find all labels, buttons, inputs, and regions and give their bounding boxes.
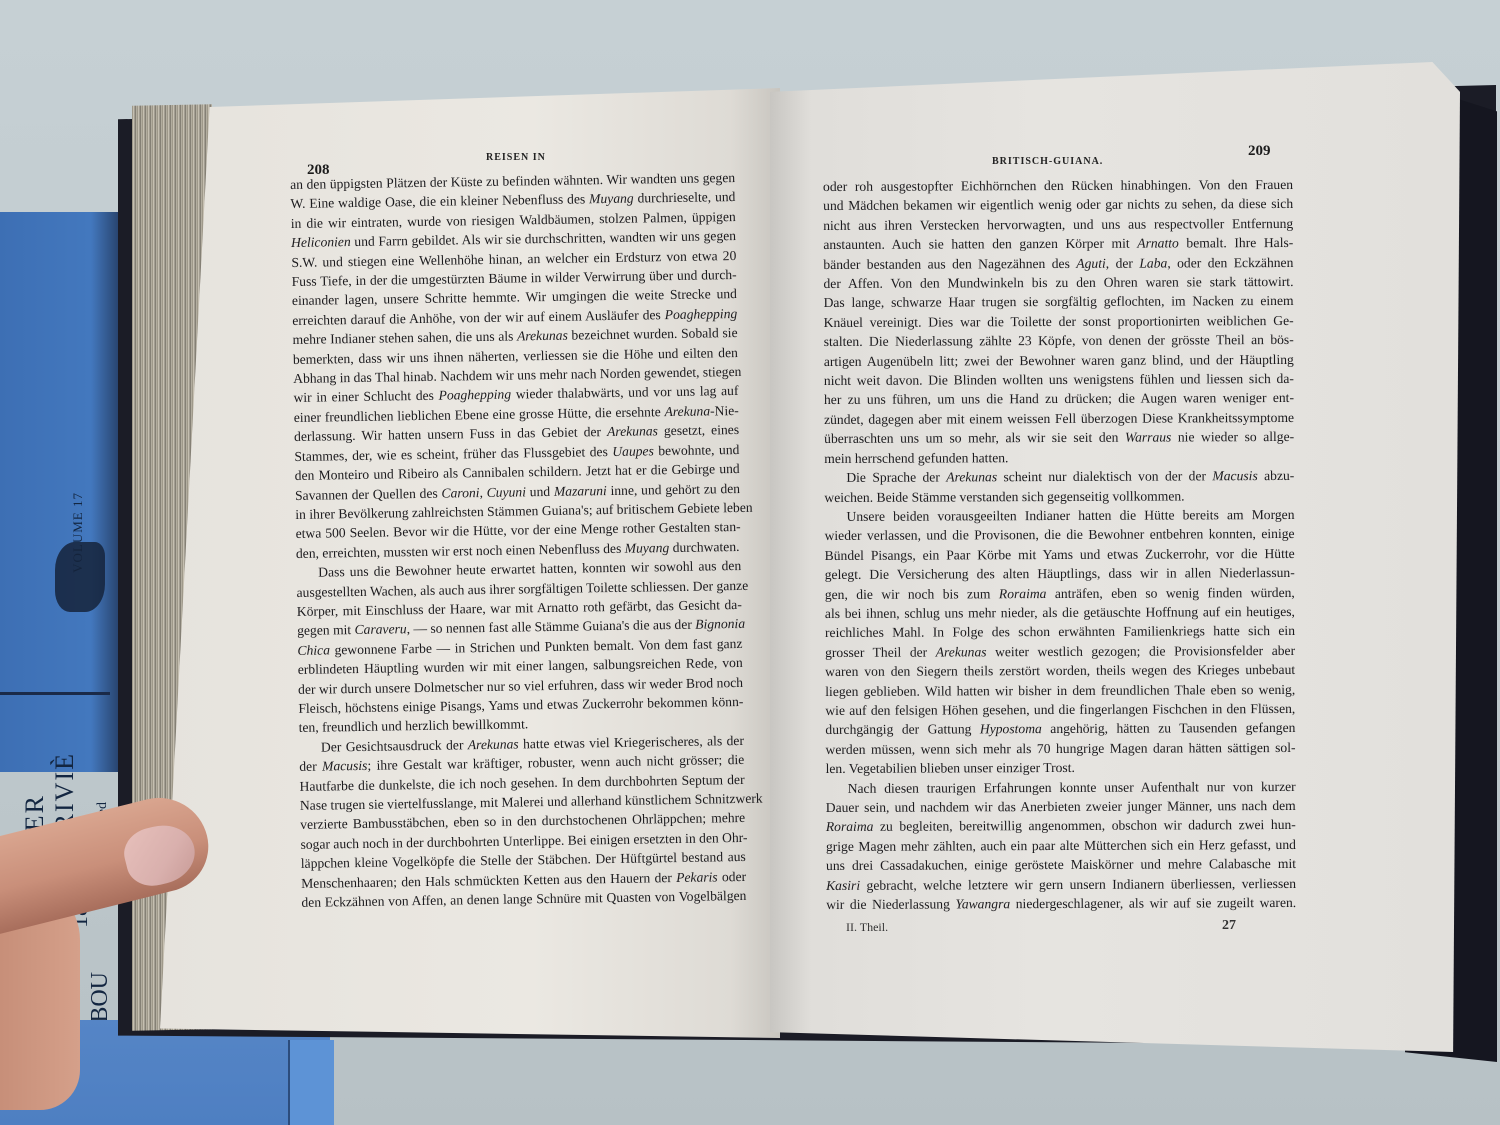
text-run: bezeichnet wurden. Sobald sie bbox=[568, 325, 738, 343]
text-run: oder roh ausgestopfter Eichhörnchen den … bbox=[823, 177, 1293, 194]
text-line: Die Sprache der Arekunas scheint nur dia… bbox=[824, 466, 1294, 487]
text-run: werden müssen, wenn sich mehr als 70 hun… bbox=[825, 740, 1295, 757]
left-page-body-text: an den üppigsten Plätzen der Küste zu be… bbox=[290, 168, 747, 912]
text-run: überraschten uns um so mehr, als wir sie… bbox=[824, 430, 1125, 446]
text-run: wir die Niederlassung bbox=[826, 896, 955, 912]
text-line: uns drei Cassadakuchen, einige geröstete… bbox=[826, 854, 1296, 875]
text-run: Nach diesen traurigen Erfahrungen konnte… bbox=[848, 779, 1296, 796]
italic-term: Muyang bbox=[589, 191, 634, 207]
text-run: uns drei Cassadakuchen, einige geröstete… bbox=[826, 856, 1296, 873]
text-run: stalten. Die Niederlassung zählte 23 Köp… bbox=[824, 332, 1294, 349]
text-line: Unsere beiden vorausgeeilten Indianer ha… bbox=[824, 505, 1294, 526]
text-run: zündet, dagegen aber mit einem weissen F… bbox=[824, 410, 1294, 427]
text-run: her zu uns führen, um uns die Hand zu dr… bbox=[824, 390, 1294, 407]
text-line: her zu uns führen, um uns die Hand zu dr… bbox=[824, 388, 1294, 409]
right-page-number: 209 bbox=[1248, 143, 1271, 160]
right-page-footer-part: II. Theil. bbox=[846, 920, 888, 935]
text-run: Knäuel vereinigt. Dies war die Toilette … bbox=[824, 313, 1294, 330]
text-run: , — so nennen fast alle Stämme Guiana's … bbox=[407, 617, 696, 637]
text-run: und Mädchen bekamen wir eigentlich wenig… bbox=[823, 196, 1293, 213]
italic-term: Poaghepping bbox=[665, 306, 738, 322]
text-run: Die Sprache der bbox=[846, 470, 946, 485]
text-run: nicht weit davon. Die Blinden wollten un… bbox=[824, 371, 1294, 388]
text-run: waren von den Siegern theils zerstört wo… bbox=[825, 662, 1295, 679]
italic-term: Kasiri bbox=[826, 877, 860, 892]
text-run: wieder verlassen, und die Provisonen, di… bbox=[825, 526, 1295, 543]
text-line: als bei ihnen, schlug uns mehr nieder, a… bbox=[825, 602, 1295, 623]
italic-term: Muyang bbox=[625, 540, 670, 556]
text-run: zu begleiten, bereitwillig angenommen, o… bbox=[873, 817, 1295, 834]
text-line: überraschten uns um so mehr, als wir sie… bbox=[824, 427, 1294, 448]
italic-term: Laba bbox=[1139, 255, 1167, 270]
text-run: Der Gesichtsausdruck der bbox=[321, 737, 468, 754]
text-run: mehre Indianer stehen sahen, die uns als bbox=[292, 329, 517, 348]
text-run: gelegt. Die Versicherung des alten Häupt… bbox=[825, 565, 1295, 582]
text-line: reichliches Mahl. In Folge des schon erw… bbox=[825, 621, 1295, 642]
text-run: durchrieselte, und bbox=[634, 189, 736, 206]
text-run: mein herrschend gefunden hatten. bbox=[824, 450, 1008, 466]
italic-term: Arekunas bbox=[607, 424, 658, 440]
text-run: , oder den Eckzähnen bbox=[1167, 255, 1293, 271]
italic-term: Arekunas bbox=[946, 469, 997, 484]
text-run: bewohnte, und bbox=[654, 442, 740, 458]
text-run: gegen mit bbox=[297, 622, 355, 638]
text-run: Das lange, schwarze Haar trugen sie sorg… bbox=[824, 293, 1294, 310]
text-run: wie auf den felsigen Höhen gesehen, und … bbox=[825, 701, 1295, 718]
text-line: der Affen. Von den Mundwinkeln bis zu de… bbox=[823, 272, 1293, 293]
text-run: ten, freundlich und herzlich bewillkommt… bbox=[299, 717, 529, 736]
text-line: bänder bestanden aus den Nagezähnen des … bbox=[823, 253, 1293, 274]
text-line: durchgängig der Gattung Hypostoma angehö… bbox=[825, 718, 1295, 739]
italic-term: Yawangra bbox=[955, 896, 1010, 911]
text-run: grosser Theil der bbox=[825, 644, 936, 659]
spine-emblem-icon bbox=[55, 542, 105, 612]
text-run: gebracht, welche letztere wir gern unser… bbox=[860, 876, 1296, 893]
text-run: Dauer sein, und nachdem wir das Anerbiet… bbox=[826, 798, 1296, 815]
text-line: nicht aus ihren Verstecken hervorwagten,… bbox=[823, 214, 1293, 235]
text-run: Stammes, der, wie es scheint, früher das… bbox=[294, 444, 612, 464]
text-run: angehörig, hätten zu Tausenden gefangen bbox=[1042, 720, 1296, 736]
text-run: anstaunten. Auch sie hatten den ganzen K… bbox=[823, 236, 1137, 252]
text-run: wieder thalabwärts, und vor uns lag auf bbox=[511, 383, 739, 402]
text-run: hatte etwas viel Kriegerischeres, als de… bbox=[519, 733, 745, 752]
text-line: werden müssen, wenn sich mehr als 70 hun… bbox=[825, 738, 1295, 759]
text-run: bänder bestanden aus den Nagezähnen des bbox=[823, 256, 1076, 272]
text-run: len. Vegetabilien blieben unser einziger… bbox=[826, 760, 1075, 776]
text-run: Savannen der Quellen des bbox=[295, 485, 442, 502]
text-line: Kasiri gebracht, welche letztere wir ger… bbox=[826, 874, 1296, 895]
text-run: Unsere beiden vorausgeeilten Indianer ha… bbox=[846, 507, 1294, 524]
text-run: derlassung. Wir hatten unsern Fuss in da… bbox=[294, 424, 607, 444]
text-line: anstaunten. Auch sie hatten den ganzen K… bbox=[823, 233, 1293, 254]
text-run: niedergeschlagener, als wir auf sie zuge… bbox=[1010, 895, 1296, 911]
text-run: nie wieder so allge- bbox=[1171, 429, 1294, 445]
text-run: den, erreichten, mussten wir erst noch e… bbox=[296, 541, 625, 561]
italic-term: Chica bbox=[297, 642, 330, 658]
text-run: der bbox=[299, 759, 322, 774]
text-line: Roraima zu begleiten, bereitwillig angen… bbox=[826, 815, 1296, 836]
text-line: gelegt. Die Versicherung des alten Häupt… bbox=[825, 563, 1295, 584]
italic-term: Aguti bbox=[1076, 255, 1106, 270]
italic-term: Poaghepping bbox=[438, 387, 511, 403]
text-line: wieder verlassen, und die Provisonen, di… bbox=[825, 524, 1295, 545]
text-line: grige Magen mehr zählten, auch ein paar … bbox=[826, 835, 1296, 856]
text-run: gen, die wir noch bis zum bbox=[825, 586, 999, 602]
spine-ornament-divider bbox=[0, 692, 110, 695]
text-run: gesetzt, eines bbox=[658, 422, 739, 438]
text-run: oder bbox=[718, 869, 747, 884]
italic-term: Roraima bbox=[999, 586, 1047, 601]
text-line: grosser Theil der Arekunas weiter westli… bbox=[825, 641, 1295, 662]
text-run: Bündel Pisangs, ein Paar Körbe mit Yams … bbox=[825, 546, 1295, 563]
text-line: mein herrschend gefunden hatten. bbox=[824, 447, 1294, 468]
italic-term: Roraima bbox=[826, 819, 874, 834]
text-run: wir in einer Schlucht des bbox=[293, 388, 438, 405]
text-line: oder roh ausgestopfter Eichhörnchen den … bbox=[823, 175, 1293, 196]
text-run: bemalt. Ihre Hals- bbox=[1179, 235, 1294, 250]
right-running-head: BRITISCH-GUIANA. bbox=[992, 156, 1103, 167]
italic-term: Arekunas bbox=[517, 328, 568, 344]
text-run: und bbox=[526, 483, 554, 498]
text-line: len. Vegetabilien blieben unser einziger… bbox=[826, 757, 1296, 778]
text-run: , der bbox=[1106, 255, 1140, 270]
text-line: zündet, dagegen aber mit einem weissen F… bbox=[824, 408, 1294, 429]
text-run: -Nie- bbox=[710, 403, 739, 418]
text-line: nicht weit davon. Die Blinden wollten un… bbox=[824, 369, 1294, 390]
text-line: wir die Niederlassung Yawangra niederges… bbox=[826, 893, 1296, 914]
text-run: artigen Augenübeln litt; zwei der Bewohn… bbox=[824, 352, 1294, 369]
text-line: Das lange, schwarze Haar trugen sie sorg… bbox=[824, 291, 1294, 312]
text-run: anträfen, eben so wenig finden würden, bbox=[1046, 584, 1294, 600]
italic-term: Macusis bbox=[1212, 468, 1257, 483]
text-run: weiter westlich gezogen; die Provisionsf… bbox=[987, 643, 1296, 659]
text-line: und Mädchen bekamen wir eigentlich wenig… bbox=[823, 194, 1293, 215]
italic-term: Arekuna bbox=[664, 403, 710, 419]
italic-term: Pekaris bbox=[676, 869, 718, 885]
text-run: weichen. Beide Stämme verstanden sich ge… bbox=[824, 488, 1184, 505]
text-line: Dauer sein, und nachdem wir das Anerbiet… bbox=[826, 796, 1296, 817]
italic-term: Warraus bbox=[1125, 430, 1171, 445]
left-running-head: REISEN IN bbox=[486, 152, 546, 163]
text-line: weichen. Beide Stämme verstanden sich ge… bbox=[824, 485, 1294, 506]
text-line: gen, die wir noch bis zum Roraima anträf… bbox=[825, 582, 1295, 603]
text-run: der Affen. Von den Mundwinkeln bis zu de… bbox=[823, 274, 1293, 291]
italic-term: Uaupes bbox=[612, 443, 654, 459]
italic-term: Caroni, Cuyuni bbox=[441, 484, 526, 500]
right-page-signature-mark: 27 bbox=[1222, 918, 1236, 934]
text-run: durchgängig der Gattung bbox=[825, 722, 980, 738]
text-line: artigen Augenübeln litt; zwei der Bewohn… bbox=[824, 350, 1294, 371]
text-run: grige Magen mehr zählten, auch ein paar … bbox=[826, 837, 1296, 854]
blue-book-spine-upper: VOLUME 17 ER RIVIÈ Edited by 1840-184 HE… bbox=[0, 212, 130, 772]
text-run: nicht aus ihren Verstecken hervorwagten,… bbox=[823, 216, 1293, 233]
italic-term: Arekunas bbox=[468, 736, 519, 752]
text-run: scheint nur dialektisch von der der bbox=[997, 468, 1212, 484]
text-run: als bei ihnen, schlug uns mehr nieder, a… bbox=[825, 604, 1295, 621]
text-run: reichliches Mahl. In Folge des schon erw… bbox=[825, 623, 1295, 640]
italic-term: Hypostoma bbox=[980, 721, 1042, 736]
italic-term: Arekunas bbox=[936, 644, 987, 659]
right-page-body-text: oder roh ausgestopfter Eichhörnchen den … bbox=[823, 175, 1296, 914]
text-line: liegen geblieben. Wild hatten wir bisher… bbox=[825, 680, 1295, 701]
italic-term: Macusis bbox=[322, 758, 368, 774]
text-line: Nach diesen traurigen Erfahrungen konnte… bbox=[826, 777, 1296, 798]
italic-term: Heliconien bbox=[291, 234, 351, 250]
text-run: abzu- bbox=[1258, 468, 1295, 483]
text-line: Bündel Pisangs, ein Paar Körbe mit Yams … bbox=[825, 544, 1295, 565]
text-run: inne, und gehört zu den bbox=[607, 480, 740, 497]
text-line: waren von den Siegern theils zerstört wo… bbox=[825, 660, 1295, 681]
italic-term: Bignonia bbox=[695, 616, 745, 632]
text-line: Knäuel vereinigt. Dies war die Toilette … bbox=[824, 311, 1294, 332]
italic-term: Mazaruni bbox=[554, 483, 607, 499]
text-run: durchwaten. bbox=[669, 539, 739, 555]
text-run: liegen geblieben. Wild hatten wir bisher… bbox=[825, 682, 1295, 699]
blue-book-lower-spine bbox=[288, 1040, 334, 1125]
text-line: wie auf den felsigen Höhen gesehen, und … bbox=[825, 699, 1295, 720]
italic-term: Arnatto bbox=[1137, 236, 1179, 251]
text-run: W. Eine waldige Oase, die ein kleiner Ne… bbox=[290, 192, 589, 212]
italic-term: Caraveru bbox=[354, 622, 406, 638]
text-line: stalten. Die Niederlassung zählte 23 Köp… bbox=[824, 330, 1294, 351]
